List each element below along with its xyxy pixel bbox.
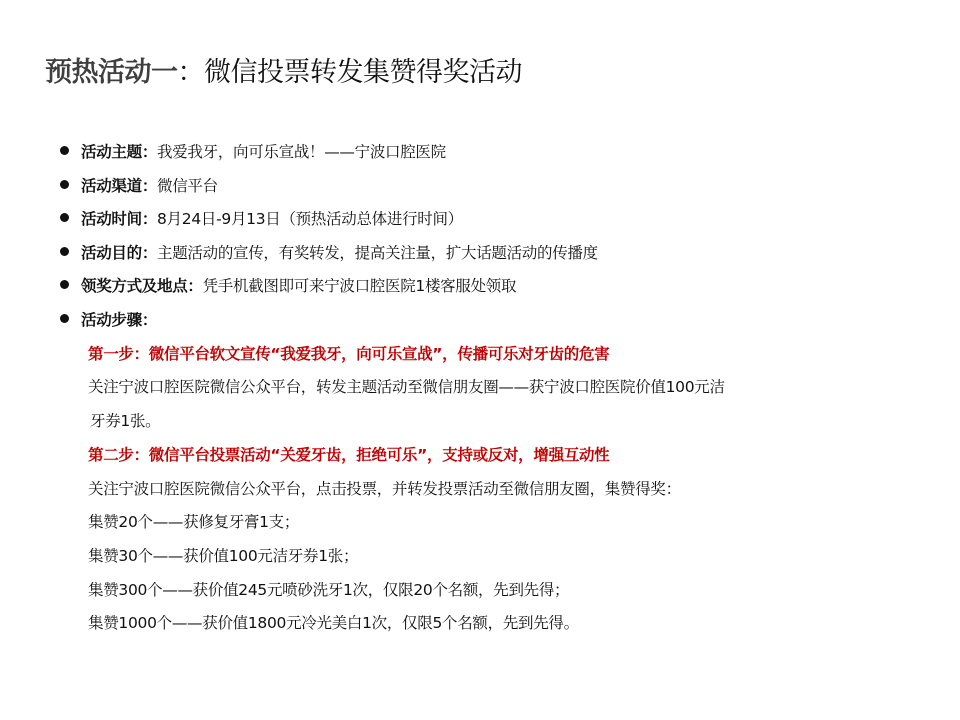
bullet-dot-icon — [60, 180, 69, 189]
bullet-text: 我爱我牙，向可乐宣战！——宁波口腔医院 — [157, 143, 446, 161]
bullet-text: 凭手机截图即可来宁波口腔医院1楼客服处领取 — [203, 277, 517, 295]
bullet-item-theme: 活动主题：我爱我牙，向可乐宣战！——宁波口腔医院 — [60, 141, 446, 163]
bullet-text: 主题活动的宣传，有奖转发，提高关注量，扩大话题活动的传播度 — [157, 244, 598, 262]
bullet-label: 活动目的 — [81, 244, 142, 262]
bullet-item-time: 活动时间：8月24日-9月13日（预热活动总体进行时间） — [60, 208, 463, 230]
bullet-text: 微信平台 — [157, 177, 218, 195]
bullet-label: 活动渠道 — [81, 177, 142, 195]
title-strong-part: 预热活动一 — [45, 57, 178, 88]
bullet-label: 活动时间 — [81, 210, 142, 228]
reward-tier-30: 集赞30个——获价值100元洁牙券1张； — [88, 545, 358, 567]
step-one-heading: 第一步：微信平台软文宣传“我爱我牙，向可乐宣战”，传播可乐对牙齿的危害 — [88, 343, 609, 365]
bullet-item-prize-pickup: 领奖方式及地点：凭手机截图即可来宁波口腔医院1楼客服处领取 — [60, 275, 516, 297]
bullet-item-channel: 活动渠道：微信平台 — [60, 175, 218, 197]
step-two-line: 关注宁波口腔医院微信公众平台，点击投票，并转发投票活动至微信朋友圈，集赞得奖： — [88, 478, 681, 500]
bullet-label: 领奖方式及地点 — [81, 277, 187, 295]
bullet-dot-icon — [60, 146, 69, 155]
slide-title: 预热活动一：微信投票转发集赞得奖活动 — [45, 54, 522, 92]
bullet-dot-icon — [60, 314, 69, 323]
bullet-item-purpose: 活动目的：主题活动的宣传，有奖转发，提高关注量，扩大话题活动的传播度 — [60, 242, 598, 264]
bullet-separator: ： — [142, 210, 157, 228]
bullet-label: 活动步骤 — [81, 311, 142, 329]
slide: 预热活动一：微信投票转发集赞得奖活动 活动主题：我爱我牙，向可乐宣战！——宁波口… — [0, 0, 960, 720]
bullet-separator: ： — [142, 143, 157, 161]
bullet-dot-icon — [60, 247, 69, 256]
step-one-line-wrap: 牙券1张。 — [90, 410, 160, 432]
bullet-dot-icon — [60, 280, 69, 289]
bullet-separator: ： — [142, 244, 157, 262]
bullet-separator: ： — [142, 311, 157, 329]
bullet-label: 活动主题 — [81, 143, 142, 161]
title-rest-part: ：微信投票转发集赞得奖活动 — [178, 57, 523, 88]
reward-tier-300: 集赞300个——获价值245元喷砂洗牙1次，仅限20个名额，先到先得； — [88, 579, 569, 601]
bullet-separator: ： — [142, 177, 157, 195]
bullet-item-steps: 活动步骤： — [60, 309, 157, 331]
reward-tier-1000: 集赞1000个——获价值1800元冷光美白1次，仅限5个名额，先到先得。 — [88, 612, 579, 634]
bullet-separator: ： — [187, 277, 202, 295]
step-one-line: 关注宁波口腔医院微信公众平台，转发主题活动至微信朋友圈——获宁波口腔医院价值10… — [88, 376, 725, 398]
step-two-heading: 第二步：微信平台投票活动“关爱牙齿，拒绝可乐”，支持或反对，增强互动性 — [88, 444, 609, 466]
reward-tier-20: 集赞20个——获修复牙膏1支； — [88, 511, 299, 533]
bullet-text: 8月24日-9月13日（预热活动总体进行时间） — [157, 210, 463, 228]
bullet-dot-icon — [60, 213, 69, 222]
